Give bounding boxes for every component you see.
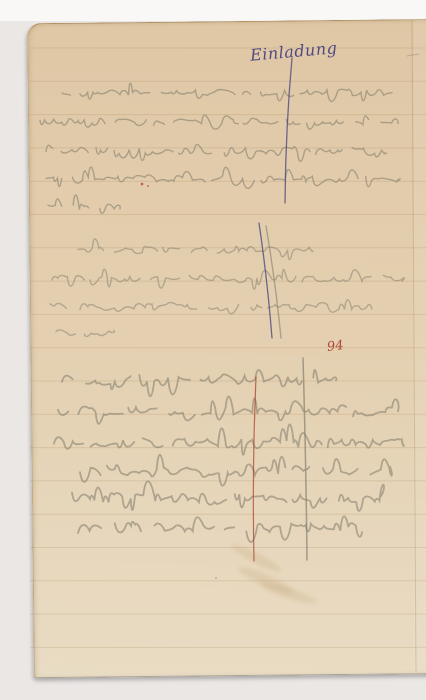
paragraph-3-stroke xyxy=(72,481,384,511)
pencil-strike-1 xyxy=(266,226,281,338)
paragraph-3-stroke xyxy=(58,397,399,424)
adjacent-page-strip xyxy=(414,20,426,672)
red-speck xyxy=(147,185,149,187)
paragraph-1-stroke xyxy=(40,115,398,129)
scanned-notebook-page: Einladung 94 xyxy=(0,0,426,700)
paragraph-2-stroke xyxy=(52,269,404,289)
paragraph-3-stroke xyxy=(54,424,404,454)
pencil-strike-2 xyxy=(303,358,307,560)
paragraph-2-stroke xyxy=(78,239,313,260)
handwriting-layer xyxy=(0,0,426,700)
red-page-number-annotation: 94 xyxy=(326,338,344,355)
paragraph-1-stroke xyxy=(46,167,400,188)
paragraph-1-stroke xyxy=(48,195,120,213)
pencil-speck xyxy=(215,577,217,579)
paragraph-3-stroke xyxy=(78,516,362,542)
paragraph-2-stroke xyxy=(56,330,115,337)
paragraph-3-stroke xyxy=(62,370,337,396)
paragraph-2-stroke xyxy=(50,300,372,314)
paragraph-1-stroke xyxy=(46,144,387,161)
paragraph-1-stroke xyxy=(62,83,392,101)
red-speck xyxy=(141,183,144,186)
